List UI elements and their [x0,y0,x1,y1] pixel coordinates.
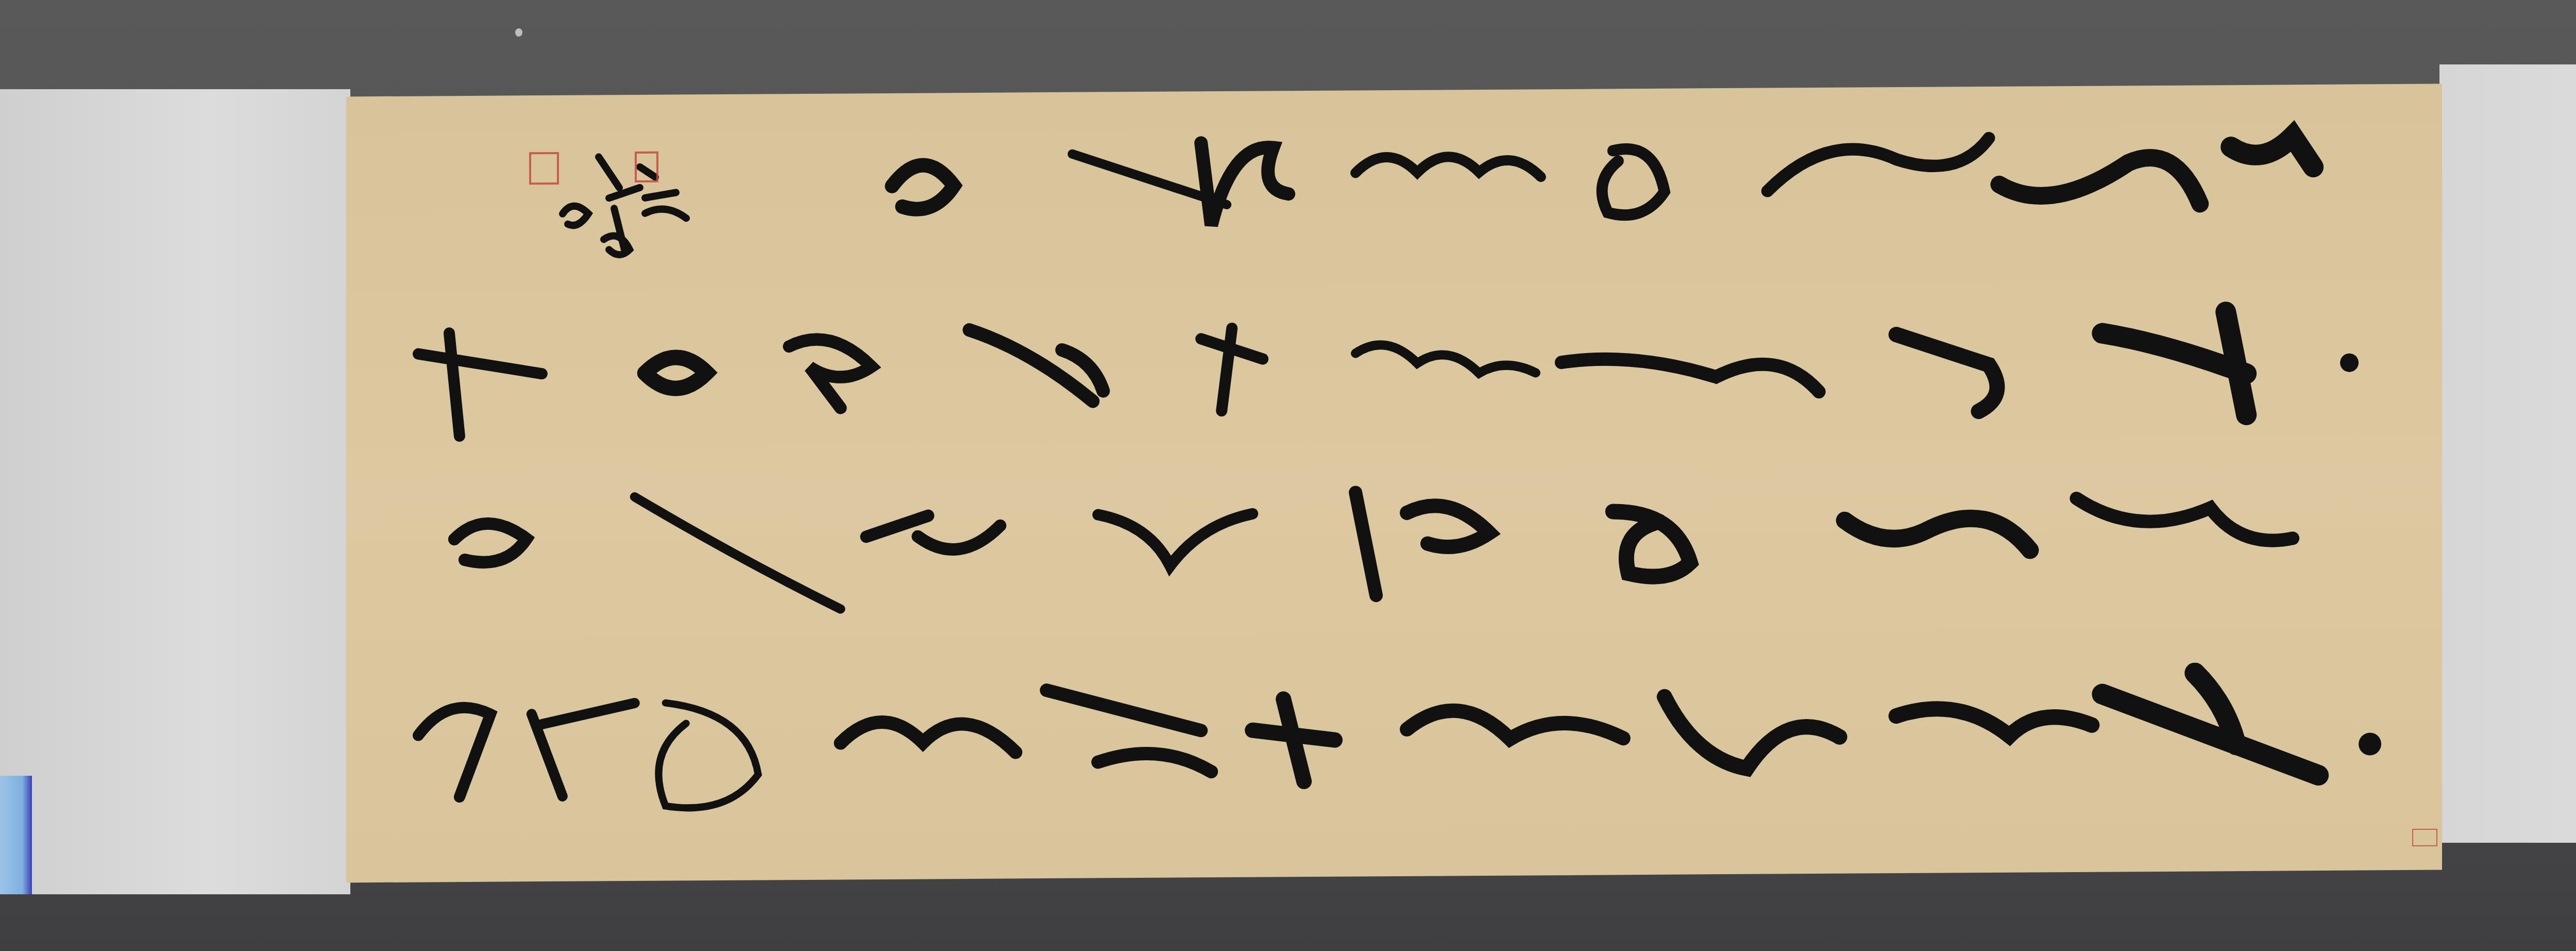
blue-label-tag [0,776,32,894]
calligraphy-row-2 [377,290,2411,457]
red-seal-stamp [2412,829,2437,846]
red-seal-stamp [529,152,559,185]
right-mounting [2439,64,2576,843]
left-mounting [0,89,350,894]
red-seal-stamp [635,152,658,182]
calligraphy-paper [346,84,2442,883]
calligraphy-row-3 [377,465,2411,632]
wall-pin [515,28,522,37]
calligraphy-scroll [0,85,2576,889]
artist-signature [542,136,697,281]
calligraphy-row-4 [377,661,2411,828]
